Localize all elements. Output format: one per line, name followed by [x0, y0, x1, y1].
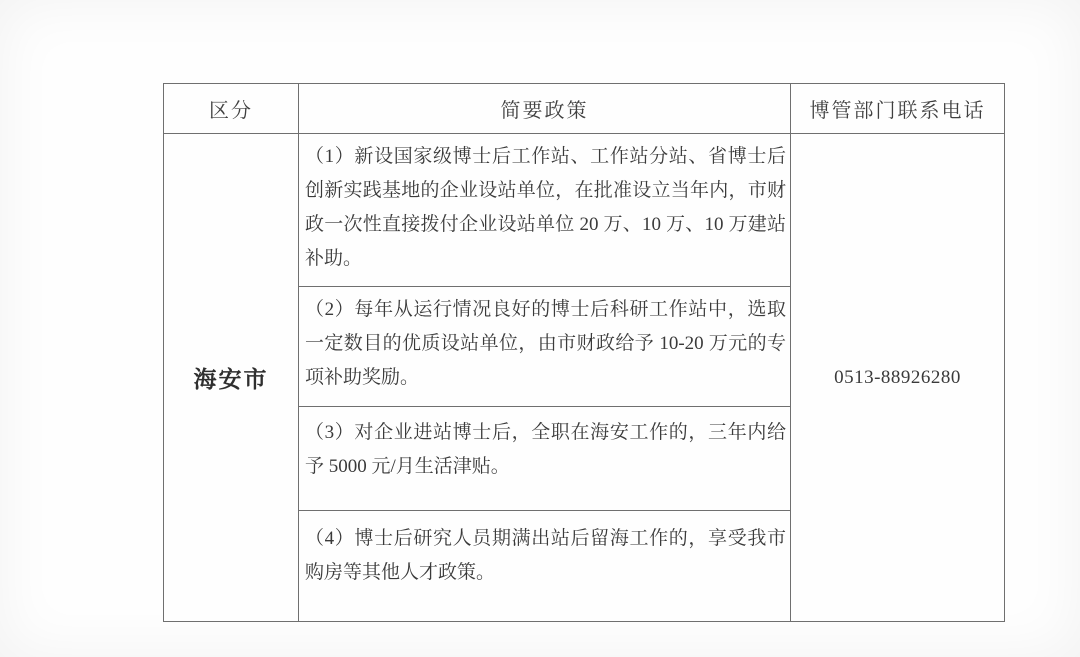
- policy-item-3: （3）对企业进站博士后，全职在海安工作的，三年内给予 5000 元/月生活津贴。: [299, 407, 791, 511]
- policy-item-4: （4）博士后研究人员期满出站后留海工作的，享受我市购房等其他人才政策。: [299, 511, 791, 622]
- policy-item-2: （2）每年从运行情况良好的博士后科研工作站中，选取一定数目的优质设站单位，由市财…: [299, 287, 791, 407]
- table-row: 海安市 （1）新设国家级博士后工作站、工作站分站、省博士后创新实践基地的企业设站…: [164, 134, 1005, 287]
- phone-cell: 0513-88926280: [791, 134, 1005, 622]
- header-row: 区分 简要政策 博管部门联系电话: [164, 84, 1005, 134]
- region-cell: 海安市: [164, 134, 299, 622]
- policy-item-1: （1）新设国家级博士后工作站、工作站分站、省博士后创新实践基地的企业设站单位，在…: [299, 134, 791, 287]
- header-cell-phone: 博管部门联系电话: [791, 84, 1005, 134]
- document-page: 区分 简要政策 博管部门联系电话 海安市 （1）新设国家级博士后工作站、工作站分…: [0, 0, 1080, 657]
- policy-table: 区分 简要政策 博管部门联系电话 海安市 （1）新设国家级博士后工作站、工作站分…: [163, 83, 1005, 622]
- header-cell-category: 区分: [164, 84, 299, 134]
- header-cell-policy: 简要政策: [299, 84, 791, 134]
